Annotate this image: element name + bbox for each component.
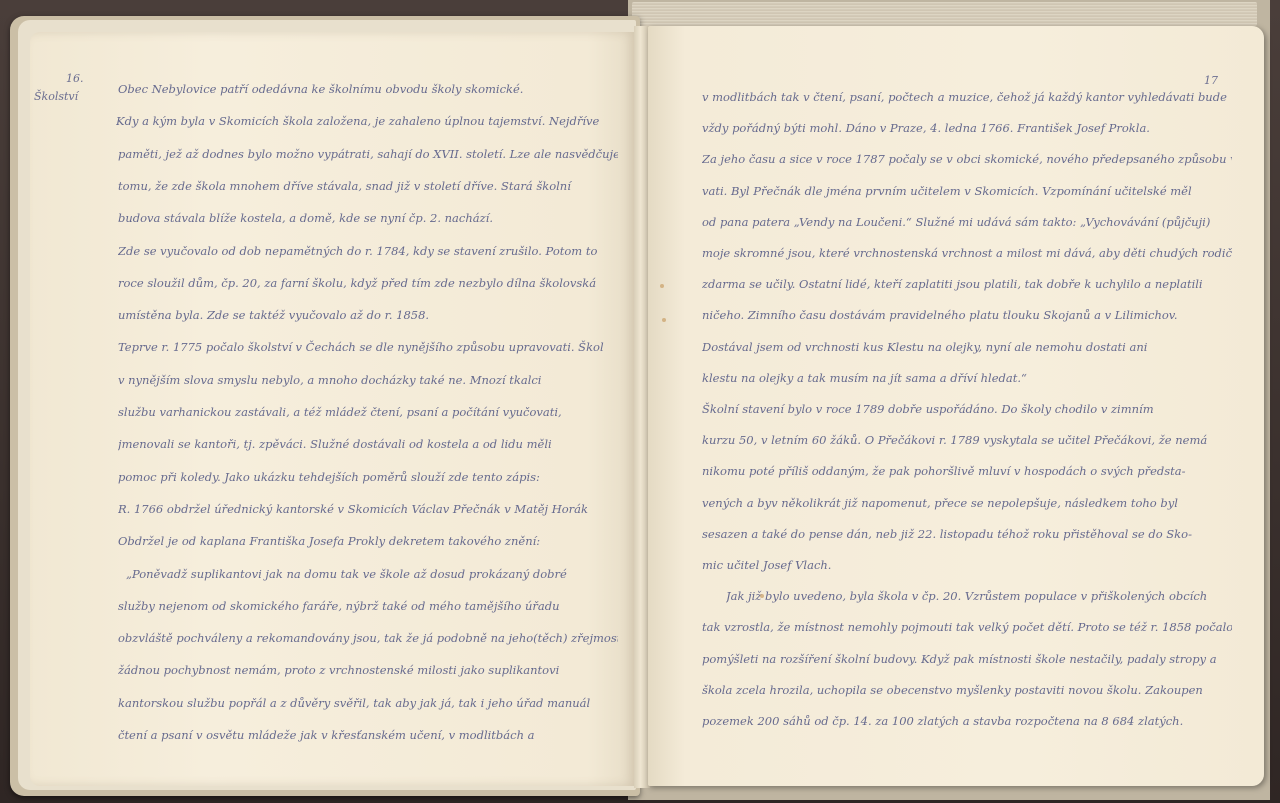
handwritten-line: tak vzrostla, že místnost nemohly pojmou… xyxy=(702,620,1232,634)
handwritten-line: pomoc při koledy. Jako ukázku tehdejších… xyxy=(118,470,618,484)
handwritten-line: paměti, jež až dodnes bylo možno vypátra… xyxy=(118,147,618,161)
handwritten-line: zdarma se učily. Ostatní lidé, kteří zap… xyxy=(702,277,1232,291)
handwritten-line: škola zcela hrozila, uchopila se obecens… xyxy=(702,683,1232,697)
foxing-spot xyxy=(662,318,666,322)
handwritten-line: jmenovali se kantoři, tj. zpěváci. Služn… xyxy=(118,437,618,451)
foxing-spot xyxy=(760,594,764,598)
handwritten-line: Jak již bylo uvedeno, byla škola v čp. 2… xyxy=(726,589,1232,603)
page-number-right: 17 xyxy=(1204,74,1218,87)
handwritten-line: pomýšleti na rozšíření školní budovy. Kd… xyxy=(702,652,1232,666)
handwritten-line: budova stávala blíže kostela, a domě, kd… xyxy=(118,211,618,225)
handwritten-line: Zde se vyučovalo od dob nepamětných do r… xyxy=(118,244,618,258)
handwritten-line: od pana patera „Vendy na Loučeni.“ Služn… xyxy=(702,215,1232,229)
handwritten-line: umístěna byla. Zde se taktéž vyučovalo a… xyxy=(118,308,618,322)
handwritten-line: čtení a psaní v osvětu mládeže jak v kře… xyxy=(118,728,618,742)
handwritten-line: sesazen a také do pense dán, neb již 22.… xyxy=(702,527,1232,541)
handwritten-line: tomu, že zde škola mnohem dříve stávala,… xyxy=(118,179,618,193)
page-stack-edge-top xyxy=(632,2,1257,26)
handwritten-line: Za jeho času a sice v roce 1787 počaly s… xyxy=(702,152,1232,166)
handwritten-line: vených a byv několikrát již napomenut, p… xyxy=(702,496,1232,510)
handwritten-line: Dostával jsem od vrchnosti kus Klestu na… xyxy=(702,340,1232,354)
handwritten-line: obzvláště pochváleny a rekomandovány jso… xyxy=(118,631,618,645)
margin-note: Školství xyxy=(34,90,78,103)
handwritten-line: v modlitbách tak v čtení, psaní, počtech… xyxy=(702,90,1232,104)
handwritten-line: Obec Nebylovice patří odedávna ke školní… xyxy=(118,82,618,96)
handwritten-line: moje skromné jsou, které vrchnostenská v… xyxy=(702,246,1232,260)
handwritten-line: „Poněvadž suplikantovi jak na domu tak v… xyxy=(126,567,618,581)
handwritten-line: vždy pořádný býti mohl. Dáno v Praze, 4.… xyxy=(702,121,1232,135)
handwritten-line: pozemek 200 sáhů od čp. 14. za 100 zlatý… xyxy=(702,714,1232,728)
handwritten-line: Školní stavení bylo v roce 1789 dobře us… xyxy=(702,402,1232,416)
handwritten-line: ničeho. Zimního času dostávám pravidelné… xyxy=(702,308,1232,322)
handwritten-line: roce sloužil dům, čp. 20, za farní školu… xyxy=(118,276,618,290)
handwritten-line: vati. Byl Přečnák dle jména prvním učite… xyxy=(702,184,1232,198)
handwritten-line: služby nejenom od skomického faráře, nýb… xyxy=(118,599,618,613)
handwritten-line: kantorskou službu popřál a z důvěry svěř… xyxy=(118,696,618,710)
handwritten-line: službu varhanickou zastávali, a též mlád… xyxy=(118,405,618,419)
handwritten-line: Kdy a kým byla v Skomicích škola založen… xyxy=(116,114,618,128)
handwritten-line: nikomu poté příliš oddaným, že pak pohor… xyxy=(702,464,1232,478)
handwritten-line: mic učitel Josef Vlach. xyxy=(702,558,1232,572)
handwritten-line: žádnou pochybnost nemám, proto z vrchnos… xyxy=(118,663,618,677)
handwritten-line: kurzu 50, v letním 60 žáků. O Přečákovi … xyxy=(702,433,1232,447)
left-page: 16. Školství Obec Nebylovice patří odedá… xyxy=(30,32,636,786)
handwritten-line: Obdržel je od kaplana Františka Josefa P… xyxy=(118,534,618,548)
handwritten-line: Teprve r. 1775 počalo školství v Čechách… xyxy=(118,340,618,354)
right-page: 17 v modlitbách tak v čtení, psaní, počt… xyxy=(648,26,1264,786)
foxing-spot xyxy=(660,284,664,288)
handwritten-line: klestu na olejky a tak musím na jít sama… xyxy=(702,371,1232,385)
page-number-left: 16. xyxy=(66,72,84,85)
handwritten-line: v nynějším slova smyslu nebylo, a mnoho … xyxy=(118,373,618,387)
handwritten-line: R. 1766 obdržel úřednický kantorské v Sk… xyxy=(118,502,618,516)
